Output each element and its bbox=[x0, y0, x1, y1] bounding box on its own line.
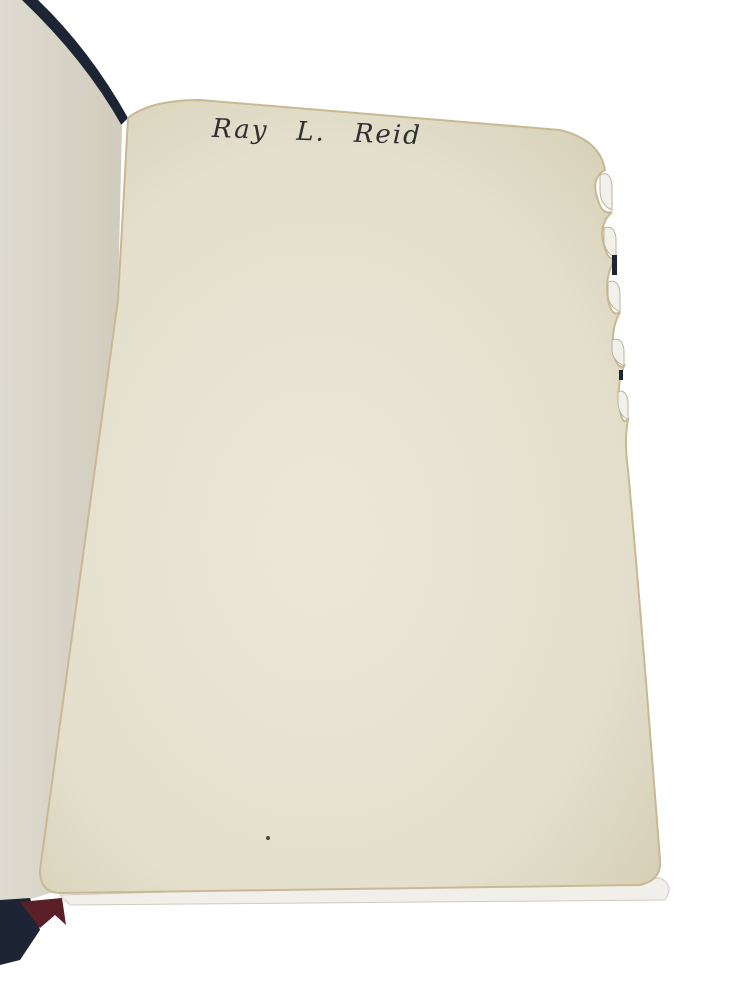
signature-first: Ray bbox=[212, 114, 269, 146]
signature-middle: L. bbox=[296, 117, 327, 148]
photo-scene: RayL.Reid bbox=[0, 0, 750, 1000]
signature-last: Reid bbox=[353, 119, 422, 151]
address-book-illustration bbox=[0, 0, 750, 1000]
right-page bbox=[40, 100, 660, 893]
